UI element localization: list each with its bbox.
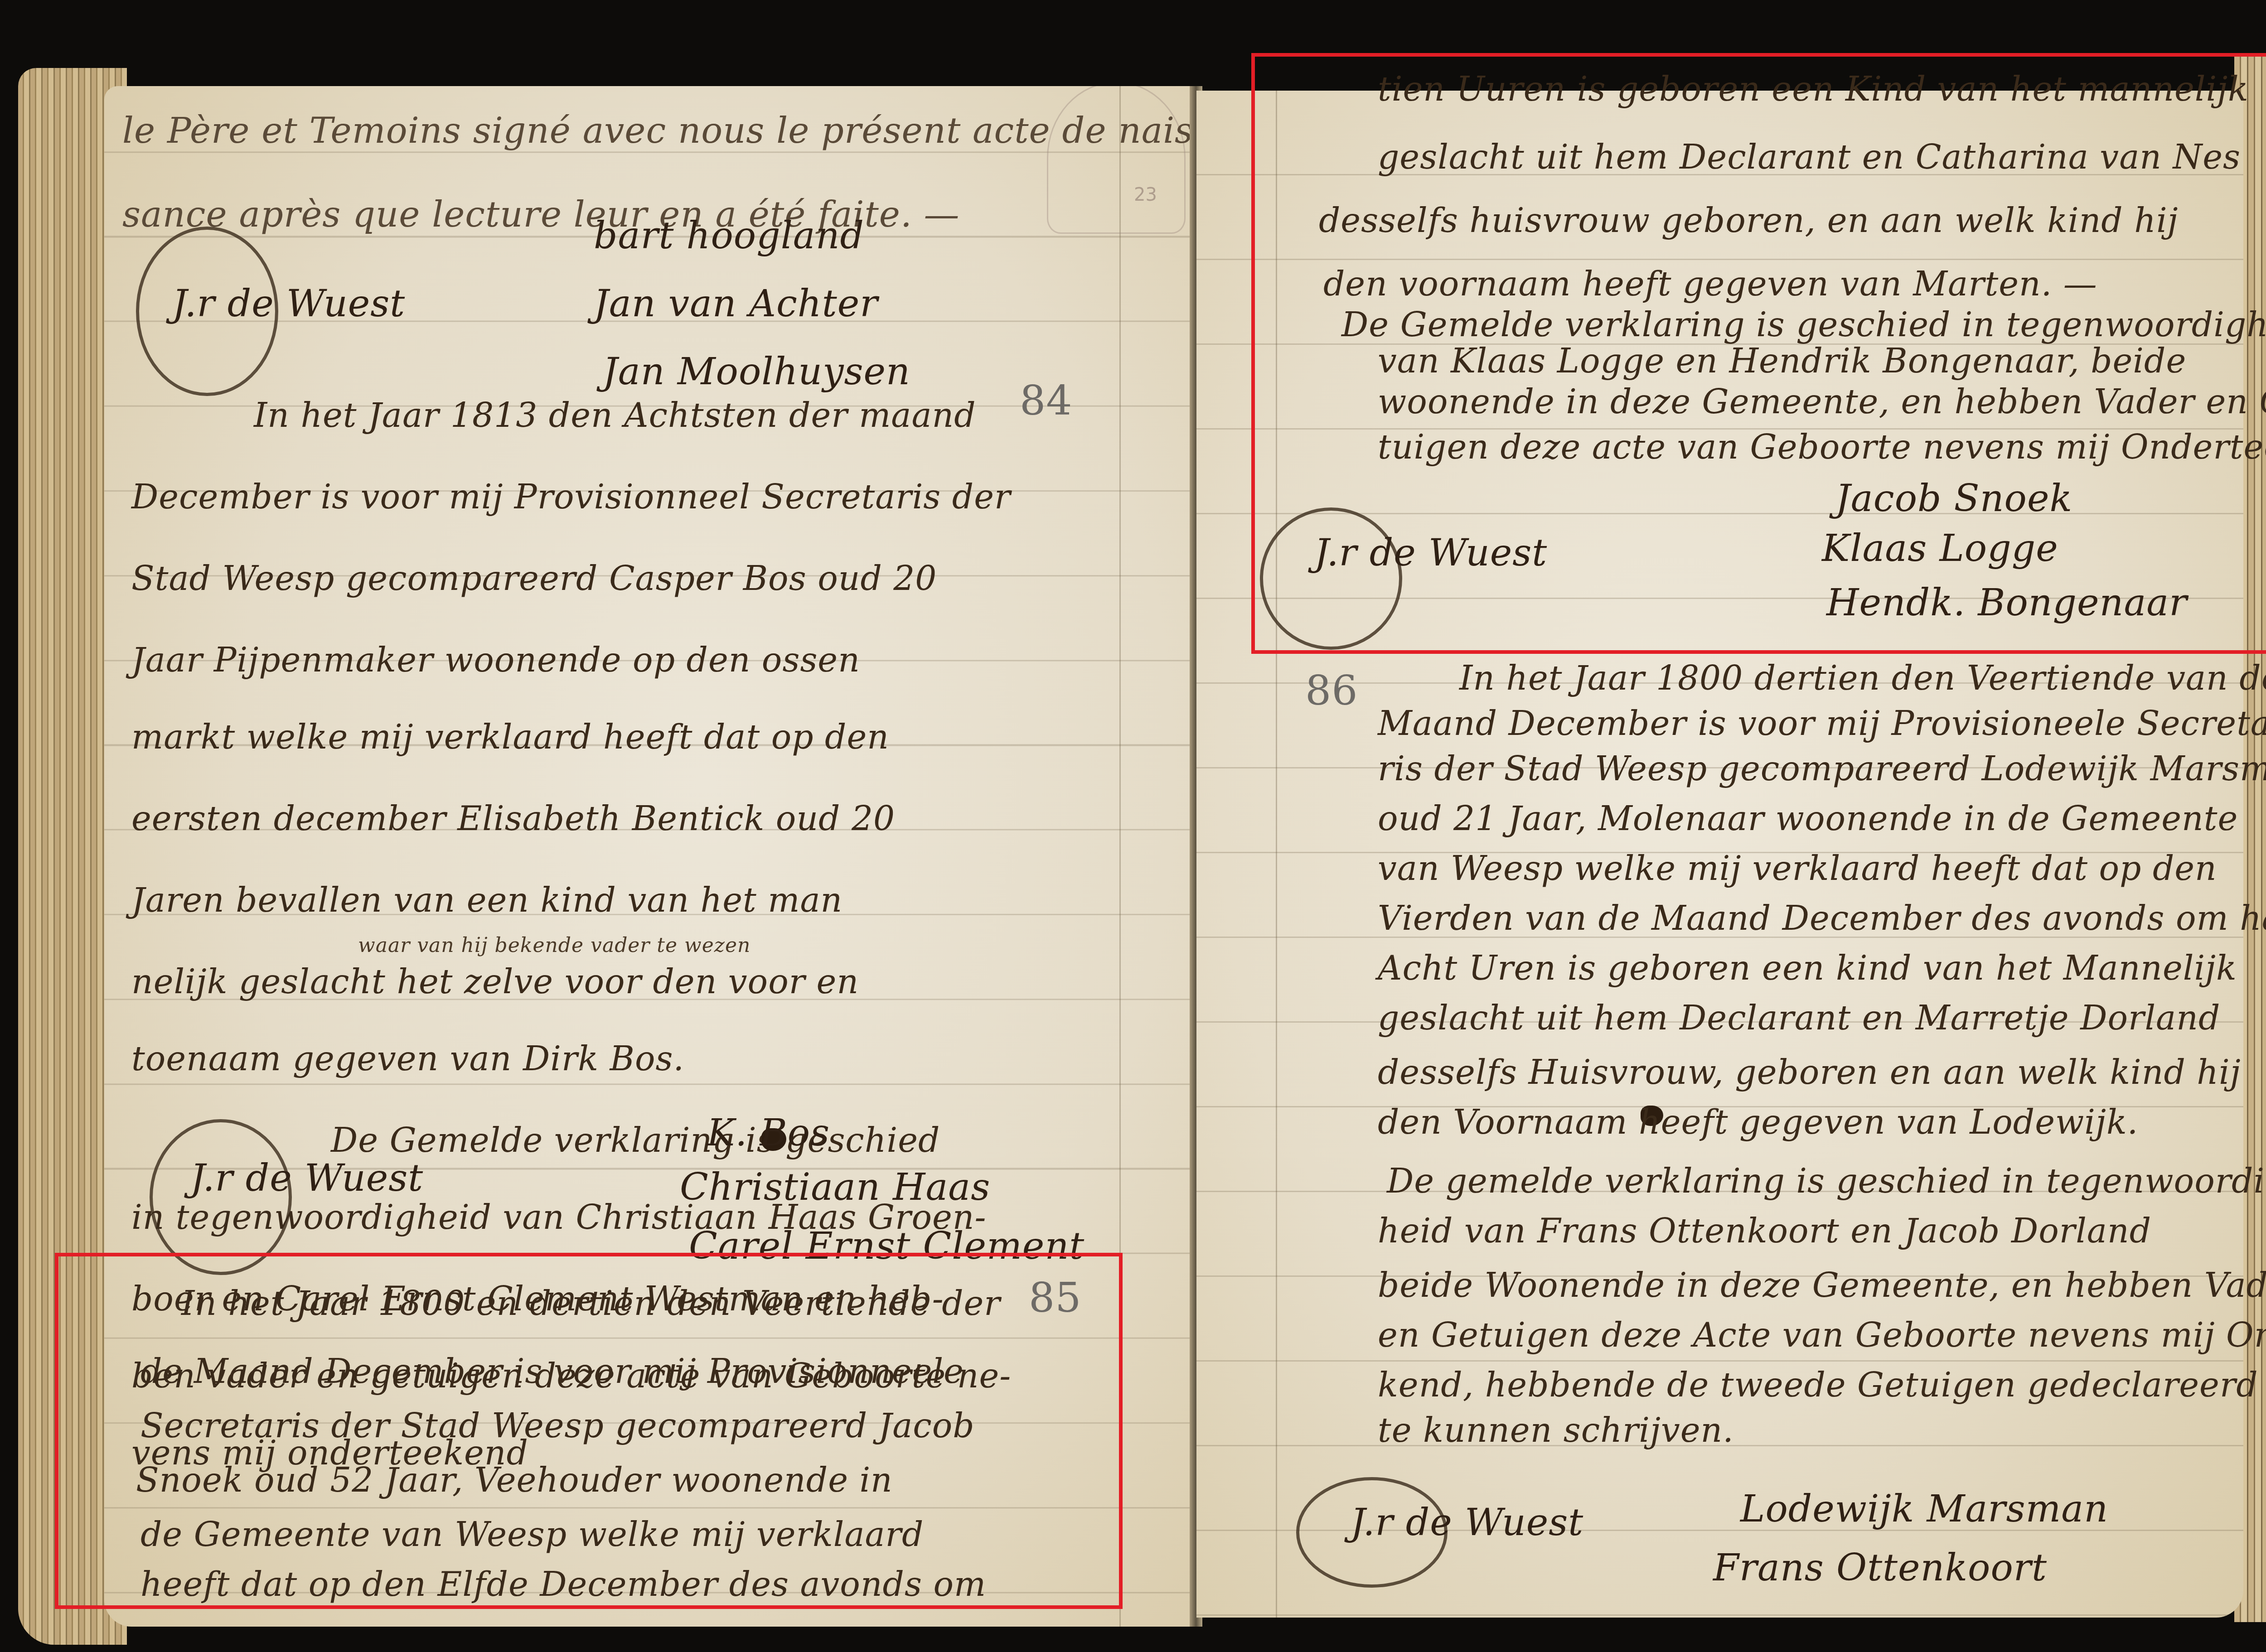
act-line: woonende in deze Gemeente, en hebben Vad…	[1378, 385, 2266, 419]
official-signature: J.r de Wuest	[172, 285, 405, 323]
act-line: de Gemeente van Weesp welke mij verklaar…	[140, 1518, 924, 1551]
act-line: den Voornaam heeft gegeven van Lodewijk.	[1378, 1106, 2138, 1139]
act-line: desselfs huisvrouw geboren, en aan welk …	[1319, 204, 2179, 237]
act-line: Snoek oud 52 Jaar, Veehouder woonende in	[136, 1464, 893, 1497]
act-line: Secretaris der Stad Weesp gecompareerd J…	[140, 1409, 975, 1443]
act-line: nelijk geslacht het zelve voor den voor …	[131, 965, 859, 999]
margin-rule	[1119, 86, 1121, 1627]
act-line: Jaar Pijpenmaker woonende op den ossen	[131, 643, 860, 677]
act-line: desselfs Huisvrouw, geboren en aan welk …	[1378, 1056, 2241, 1089]
act-line: en Getuigen deze Acte van Geboorte neven…	[1378, 1319, 2266, 1352]
act-line: heeft dat op den Elfde December des avon…	[140, 1568, 986, 1601]
act-line: De Gemelde verklaring is geschied in teg…	[1341, 308, 2266, 342]
official-signature-flourish-icon	[1260, 507, 1402, 650]
left-page: 23 le Père et Temoins signé avec nous le…	[104, 86, 1196, 1627]
act-line: eersten december Elisabeth Bentick oud 2…	[131, 802, 895, 836]
act-line: den voornaam heeft gegeven van Marten. —	[1323, 267, 2097, 301]
act-line: beide Woonende in deze Gemeente, en hebb…	[1378, 1269, 2266, 1302]
margin-act-number: 86	[1305, 671, 1358, 711]
margin-rule	[1276, 91, 1277, 1618]
witness-signature: Christiaan Haas	[680, 1169, 990, 1206]
act-line: De gemelde verklaring is geschied in teg…	[1387, 1164, 2266, 1198]
act-line: In het Jaar 1813 den Achtsten der maand	[254, 399, 976, 432]
act-line: markt welke mij verklaard heeft dat op d…	[131, 720, 889, 754]
act-line: van Weesp welke mij verklaard heeft dat …	[1378, 852, 2217, 885]
act-line: Vierden van de Maand December des avonds…	[1378, 902, 2266, 935]
witness-signature: Hendk. Bongenaar	[1826, 584, 2187, 622]
official-signature: J.r de Wuest	[190, 1160, 423, 1197]
act-line: tuigen deze acte van Geboorte nevens mij…	[1378, 430, 2266, 464]
act-line: geslacht uit hem Declarant en Marretje D…	[1378, 1001, 2220, 1035]
act-line: Jaren bevallen van een kind van het man	[131, 884, 842, 917]
interlinear-insertion: waar van hij bekende vader te wezen	[358, 936, 750, 956]
margin-act-number: 85	[1029, 1278, 1082, 1319]
margin-act-number: 84	[1020, 381, 1073, 421]
official-signature: J.r de Wuest	[1351, 1504, 1583, 1541]
act-line: De Gemelde verklaring is geschied	[331, 1124, 940, 1157]
witness-signature: K. Bos	[707, 1115, 830, 1152]
witness-signature: Frans Ottenkoort	[1713, 1550, 2047, 1587]
act-line: van Klaas Logge en Hendrik Bongenaar, be…	[1378, 344, 2186, 378]
witness-signature: bart hoogland	[594, 217, 864, 255]
act-line: geslacht uit hem Declarant en Catharina …	[1378, 140, 2241, 174]
act-line: de Maand December is voor mij Provisionn…	[140, 1355, 964, 1388]
act-line: In het Jaar 1800 en dertien den Veertien…	[181, 1287, 1001, 1320]
act-line: Stad Weesp gecompareerd Casper Bos oud 2…	[131, 562, 937, 595]
act-line: tien Uuren is geboren een Kind van het m…	[1378, 72, 2249, 106]
act-line: oud 21 Jaar, Molenaar woonende in de Gem…	[1378, 802, 2238, 836]
witness-signature: Jan Moolhuysen	[603, 353, 910, 391]
official-signature: J.r de Wuest	[1314, 535, 1547, 572]
act-line: In het Jaar 1800 dertien den Veertiende …	[1459, 662, 2266, 695]
act-line: te kunnen schrijven.	[1378, 1414, 1734, 1447]
act-line: Maand December is voor mij Provisioneele…	[1378, 707, 2266, 740]
witness-signature: Carel Ernst Clement	[689, 1228, 1085, 1265]
act-line: toenaam gegeven van Dirk Bos.	[131, 1042, 684, 1076]
act-line: ris der Stad Weesp gecompareerd Lodewijk…	[1378, 752, 2266, 786]
prior-act-line-1: le Père et Temoins signé avec nous le pr…	[122, 113, 1196, 149]
act-line: heid van Frans Ottenkoort en Jacob Dorla…	[1378, 1214, 2151, 1248]
witness-signature: Lodewijk Marsman	[1740, 1491, 2108, 1528]
act-line: Acht Uren is geboren een kind van het Ma…	[1378, 952, 2237, 985]
stamp-mark: 23	[1134, 184, 1157, 205]
witness-signature: Jacob Snoek	[1835, 480, 2072, 517]
act-line: December is voor mij Provisionneel Secre…	[131, 480, 1011, 514]
act-line: kend, hebbende de tweede Getuigen gedecl…	[1378, 1368, 2266, 1402]
embossed-stamp-icon: 23	[1047, 86, 1186, 234]
witness-signature: Jan van Achter	[594, 285, 878, 323]
witness-signature: Klaas Logge	[1822, 530, 2058, 567]
